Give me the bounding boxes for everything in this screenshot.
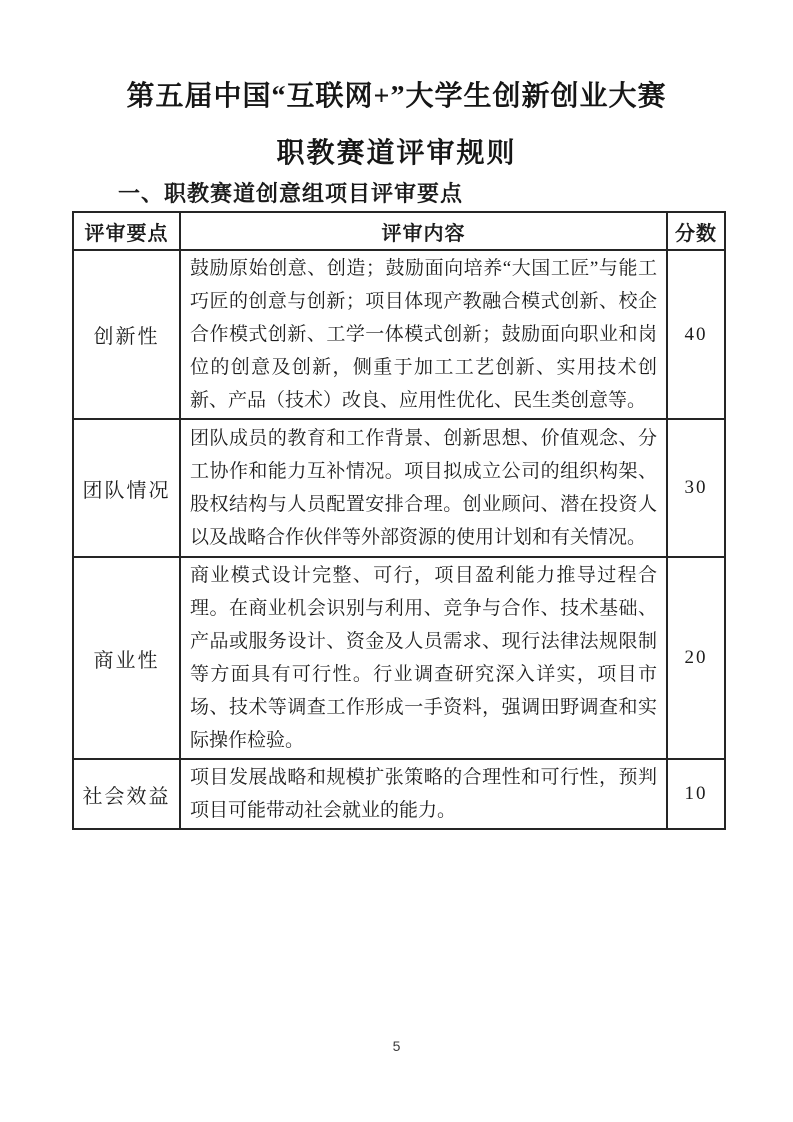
table-row-commercial: 商业性 商业模式设计完整、可行，项目盈利能力推导过程合理。在商业机会识别与利用、… — [73, 557, 725, 759]
page-number: 5 — [0, 1038, 793, 1054]
header-score: 分数 — [667, 212, 725, 250]
criterion-score: 20 — [667, 557, 725, 759]
criterion-description: 团队成员的教育和工作背景、创新思想、价值观念、分工协作和能力互补情况。项目拟成立… — [180, 419, 667, 557]
table-row-team: 团队情况 团队成员的教育和工作背景、创新思想、价值观念、分工协作和能力互补情况。… — [73, 419, 725, 557]
header-content: 评审内容 — [180, 212, 667, 250]
criterion-label: 社会效益 — [73, 759, 180, 829]
criterion-description: 项目发展战略和规模扩张策略的合理性和可行性，预判项目可能带动社会就业的能力。 — [180, 759, 667, 829]
section-heading: 一、职教赛道创意组项目评审要点 — [118, 180, 793, 208]
criterion-description: 鼓励原始创意、创造；鼓励面向培养“大国工匠”与能工巧匠的创意与创新；项目体现产教… — [180, 250, 667, 419]
document-page: 第五届中国“互联网+”大学生创新创业大赛 职教赛道评审规则 一、职教赛道创意组项… — [0, 0, 793, 1122]
review-criteria-table: 评审要点 评审内容 分数 创新性 鼓励原始创意、创造；鼓励面向培养“大国工匠”与… — [72, 211, 726, 830]
table-row-innovation: 创新性 鼓励原始创意、创造；鼓励面向培养“大国工匠”与能工巧匠的创意与创新；项目… — [73, 250, 725, 419]
criterion-score: 30 — [667, 419, 725, 557]
document-subtitle: 职教赛道评审规则 — [0, 137, 793, 171]
header-criterion: 评审要点 — [73, 212, 180, 250]
criterion-label: 团队情况 — [73, 419, 180, 557]
table-row-social-benefit: 社会效益 项目发展战略和规模扩张策略的合理性和可行性，预判项目可能带动社会就业的… — [73, 759, 725, 829]
criterion-score: 10 — [667, 759, 725, 829]
criterion-label: 创新性 — [73, 250, 180, 419]
criterion-label: 商业性 — [73, 557, 180, 759]
document-title: 第五届中国“互联网+”大学生创新创业大赛 — [0, 0, 793, 115]
table-header-row: 评审要点 评审内容 分数 — [73, 212, 725, 250]
criterion-score: 40 — [667, 250, 725, 419]
criterion-description: 商业模式设计完整、可行，项目盈利能力推导过程合理。在商业机会识别与利用、竞争与合… — [180, 557, 667, 759]
